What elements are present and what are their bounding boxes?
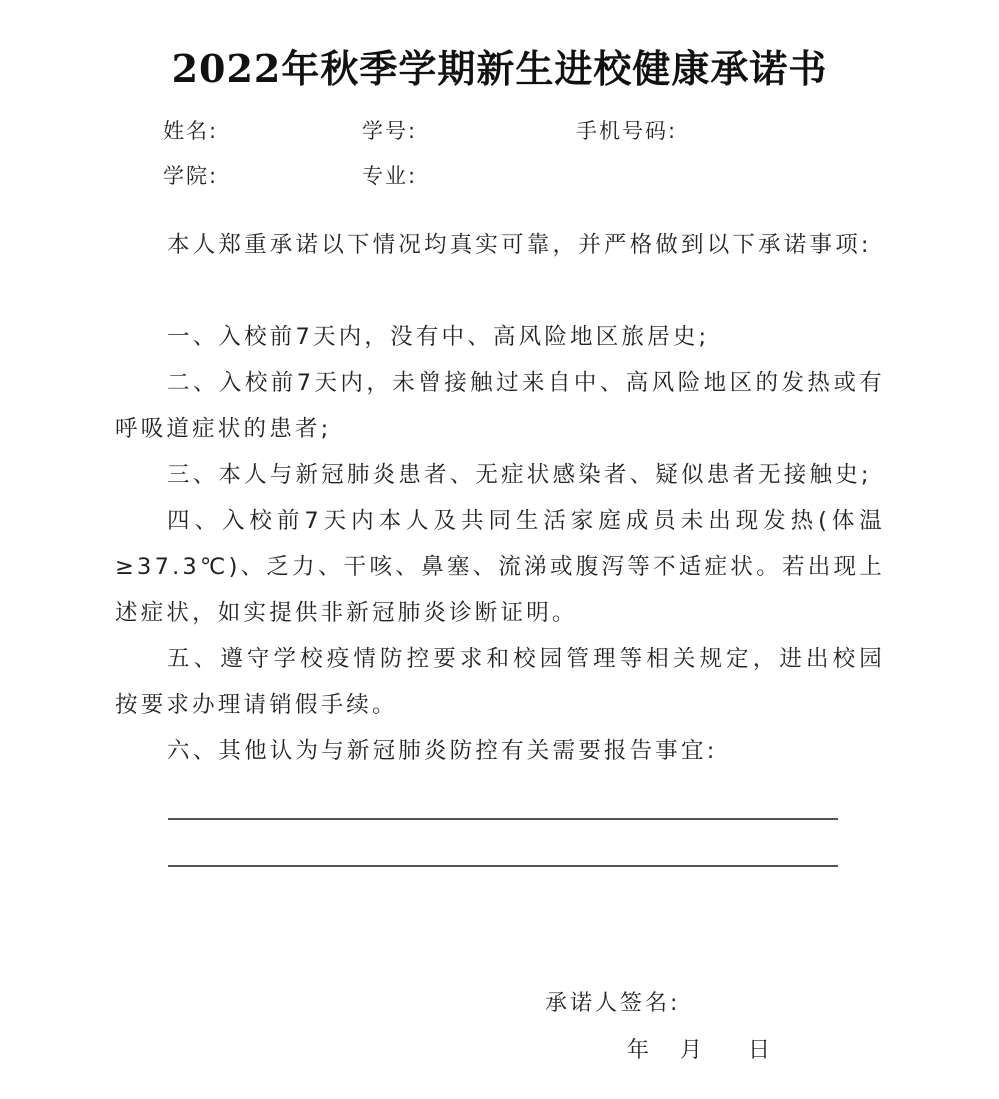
page-title: 2022年秋季学期新生进校健康承诺书	[0, 38, 999, 93]
commitment-item-2: 二、入校前7天内，未曾接触过来自中、高风险地区的发热或有呼吸道症状的患者;	[115, 360, 885, 452]
commitment-item-5: 五、遵守学校疫情防控要求和校园管理等相关规定，进出校园按要求办理请销假手续。	[115, 636, 885, 728]
college-field-label: 学院:	[163, 160, 218, 190]
name-field-label: 姓名:	[163, 115, 218, 145]
major-field-label: 专业:	[362, 160, 417, 190]
signature-label: 承诺人签名:	[545, 986, 680, 1017]
date-year-label: 年	[627, 1033, 649, 1064]
report-blank-line-2[interactable]	[168, 865, 838, 867]
date-month-label: 月	[680, 1033, 702, 1064]
commitment-item-4: 四、入校前7天内本人及共同生活家庭成员未出现发热(体温≥37.3℃)、乏力、干咳…	[115, 498, 885, 636]
commitment-item-6: 六、其他认为与新冠肺炎防控有关需要报告事宜:	[115, 728, 885, 774]
date-day-label: 日	[748, 1033, 770, 1064]
commitment-item-1: 一、入校前7天内，没有中、高风险地区旅居史;	[115, 314, 885, 360]
student-id-field-label: 学号:	[362, 115, 417, 145]
commitment-item-3: 三、本人与新冠肺炎患者、无症状感染者、疑似患者无接触史;	[115, 452, 885, 498]
report-blank-line-1[interactable]	[168, 818, 838, 820]
intro-paragraph: 本人郑重承诺以下情况均真实可靠，并严格做到以下承诺事项:	[115, 222, 885, 268]
phone-field-label: 手机号码:	[576, 115, 677, 145]
